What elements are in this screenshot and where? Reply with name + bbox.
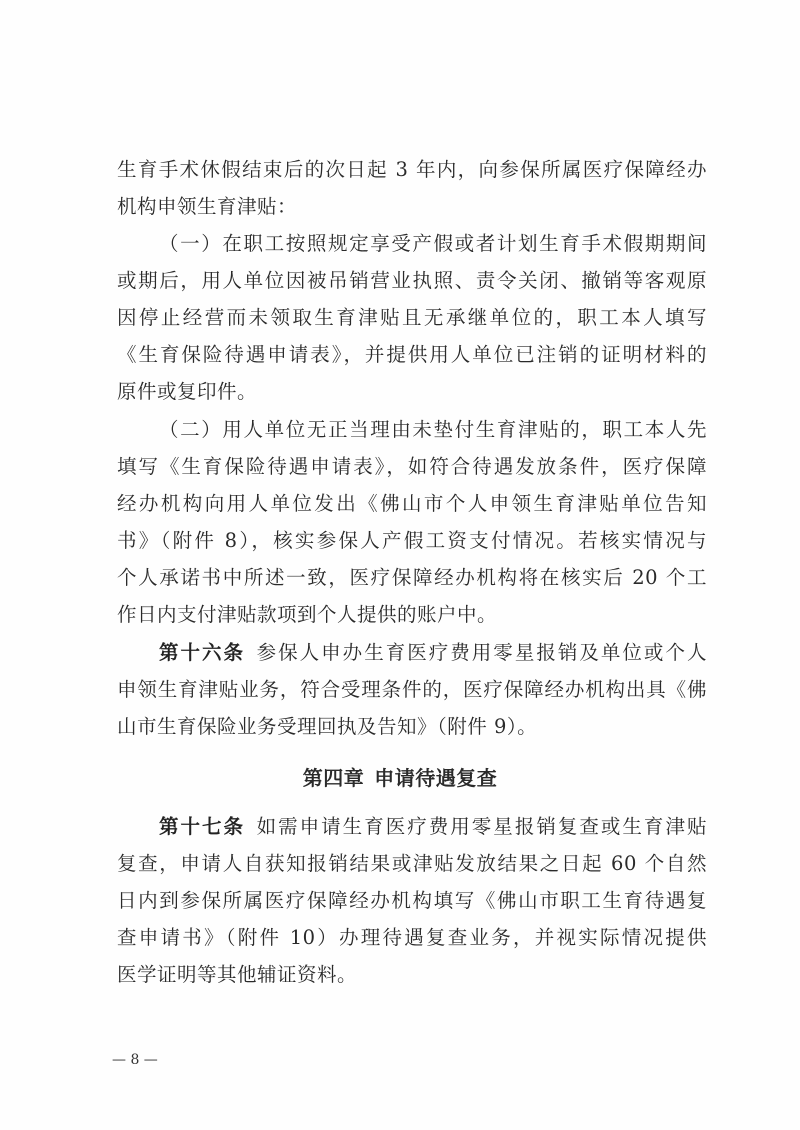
chapter-heading: 第四章申请待遇复查 [0,763,800,793]
paragraph-line: 经办机构向用人单位发出《佛山市个人申领生育津贴单位告知 [117,489,707,519]
paragraph-line: 日内到参保所属医疗保障经办机构填写《佛山市职工生育待遇复 [117,886,707,916]
paragraph-line: 书》（附件 8），核实参保人产假工资支付情况。若核实情况与 [117,526,707,556]
paragraph-line: 医学证明等其他辅证资料。 [117,960,707,990]
document-page: 生育手术休假结束后的次日起 3 年内，向参保所属医疗保障经办 机构申领生育津贴：… [0,0,800,1130]
article-label: 第十六条 [159,641,245,664]
page-number: — 8 — [112,1050,158,1070]
article-16-first-line: 第十六条参保人申办生育医疗费用零星报销及单位或个人 [159,638,707,668]
chapter-title: 申请待遇复查 [374,763,497,793]
paragraph-line: 填写《生育保险待遇申请表》，如符合待遇发放条件，医疗保障 [117,452,707,482]
paragraph-line: 因停止经营而未领取生育津贴且无承继单位的，职工本人填写 [117,303,707,333]
paragraph-line: 个人承诺书中所述一致，医疗保障经办机构将在核实后 20 个工 [117,563,707,593]
article-text: 参保人申办生育医疗费用零星报销及单位或个人 [255,641,707,664]
paragraph-line: 原件或复印件。 [117,377,707,407]
paragraph-line: （二）用人单位无正当理由未垫付生育津贴的，职工本人先 [159,415,707,445]
paragraph-line: 申领生育津贴业务，符合受理条件的，医疗保障经办机构出具《佛 [117,675,707,705]
paragraph-line: 或期后，用人单位因被吊销营业执照、责令关闭、撤销等客观原 [117,266,707,296]
chapter-number: 第四章 [303,763,365,793]
article-text: 如需申请生育医疗费用零星报销复查或生育津贴 [255,815,707,838]
paragraph-line: 复查，申请人自获知报销结果或津贴发放结果之日起 60 个自然 [117,849,707,879]
paragraph-line: 生育手术休假结束后的次日起 3 年内，向参保所属医疗保障经办 [117,155,707,185]
paragraph-line: 《生育保险待遇申请表》，并提供用人单位已注销的证明材料的 [117,340,707,370]
paragraph-line: 机构申领生育津贴： [117,192,707,222]
paragraph-line: 作日内支付津贴款项到个人提供的账户中。 [117,600,707,630]
paragraph-line: 查申请书》（附件 10）办理待遇复查业务，并视实际情况提供 [117,923,707,953]
paragraph-line: （一）在职工按照规定享受产假或者计划生育手术假期期间 [159,229,707,259]
article-17-first-line: 第十七条如需申请生育医疗费用零星报销复查或生育津贴 [159,812,707,842]
paragraph-line: 山市生育保险业务受理回执及告知》（附件 9）。 [117,712,707,742]
article-label: 第十七条 [159,815,245,838]
